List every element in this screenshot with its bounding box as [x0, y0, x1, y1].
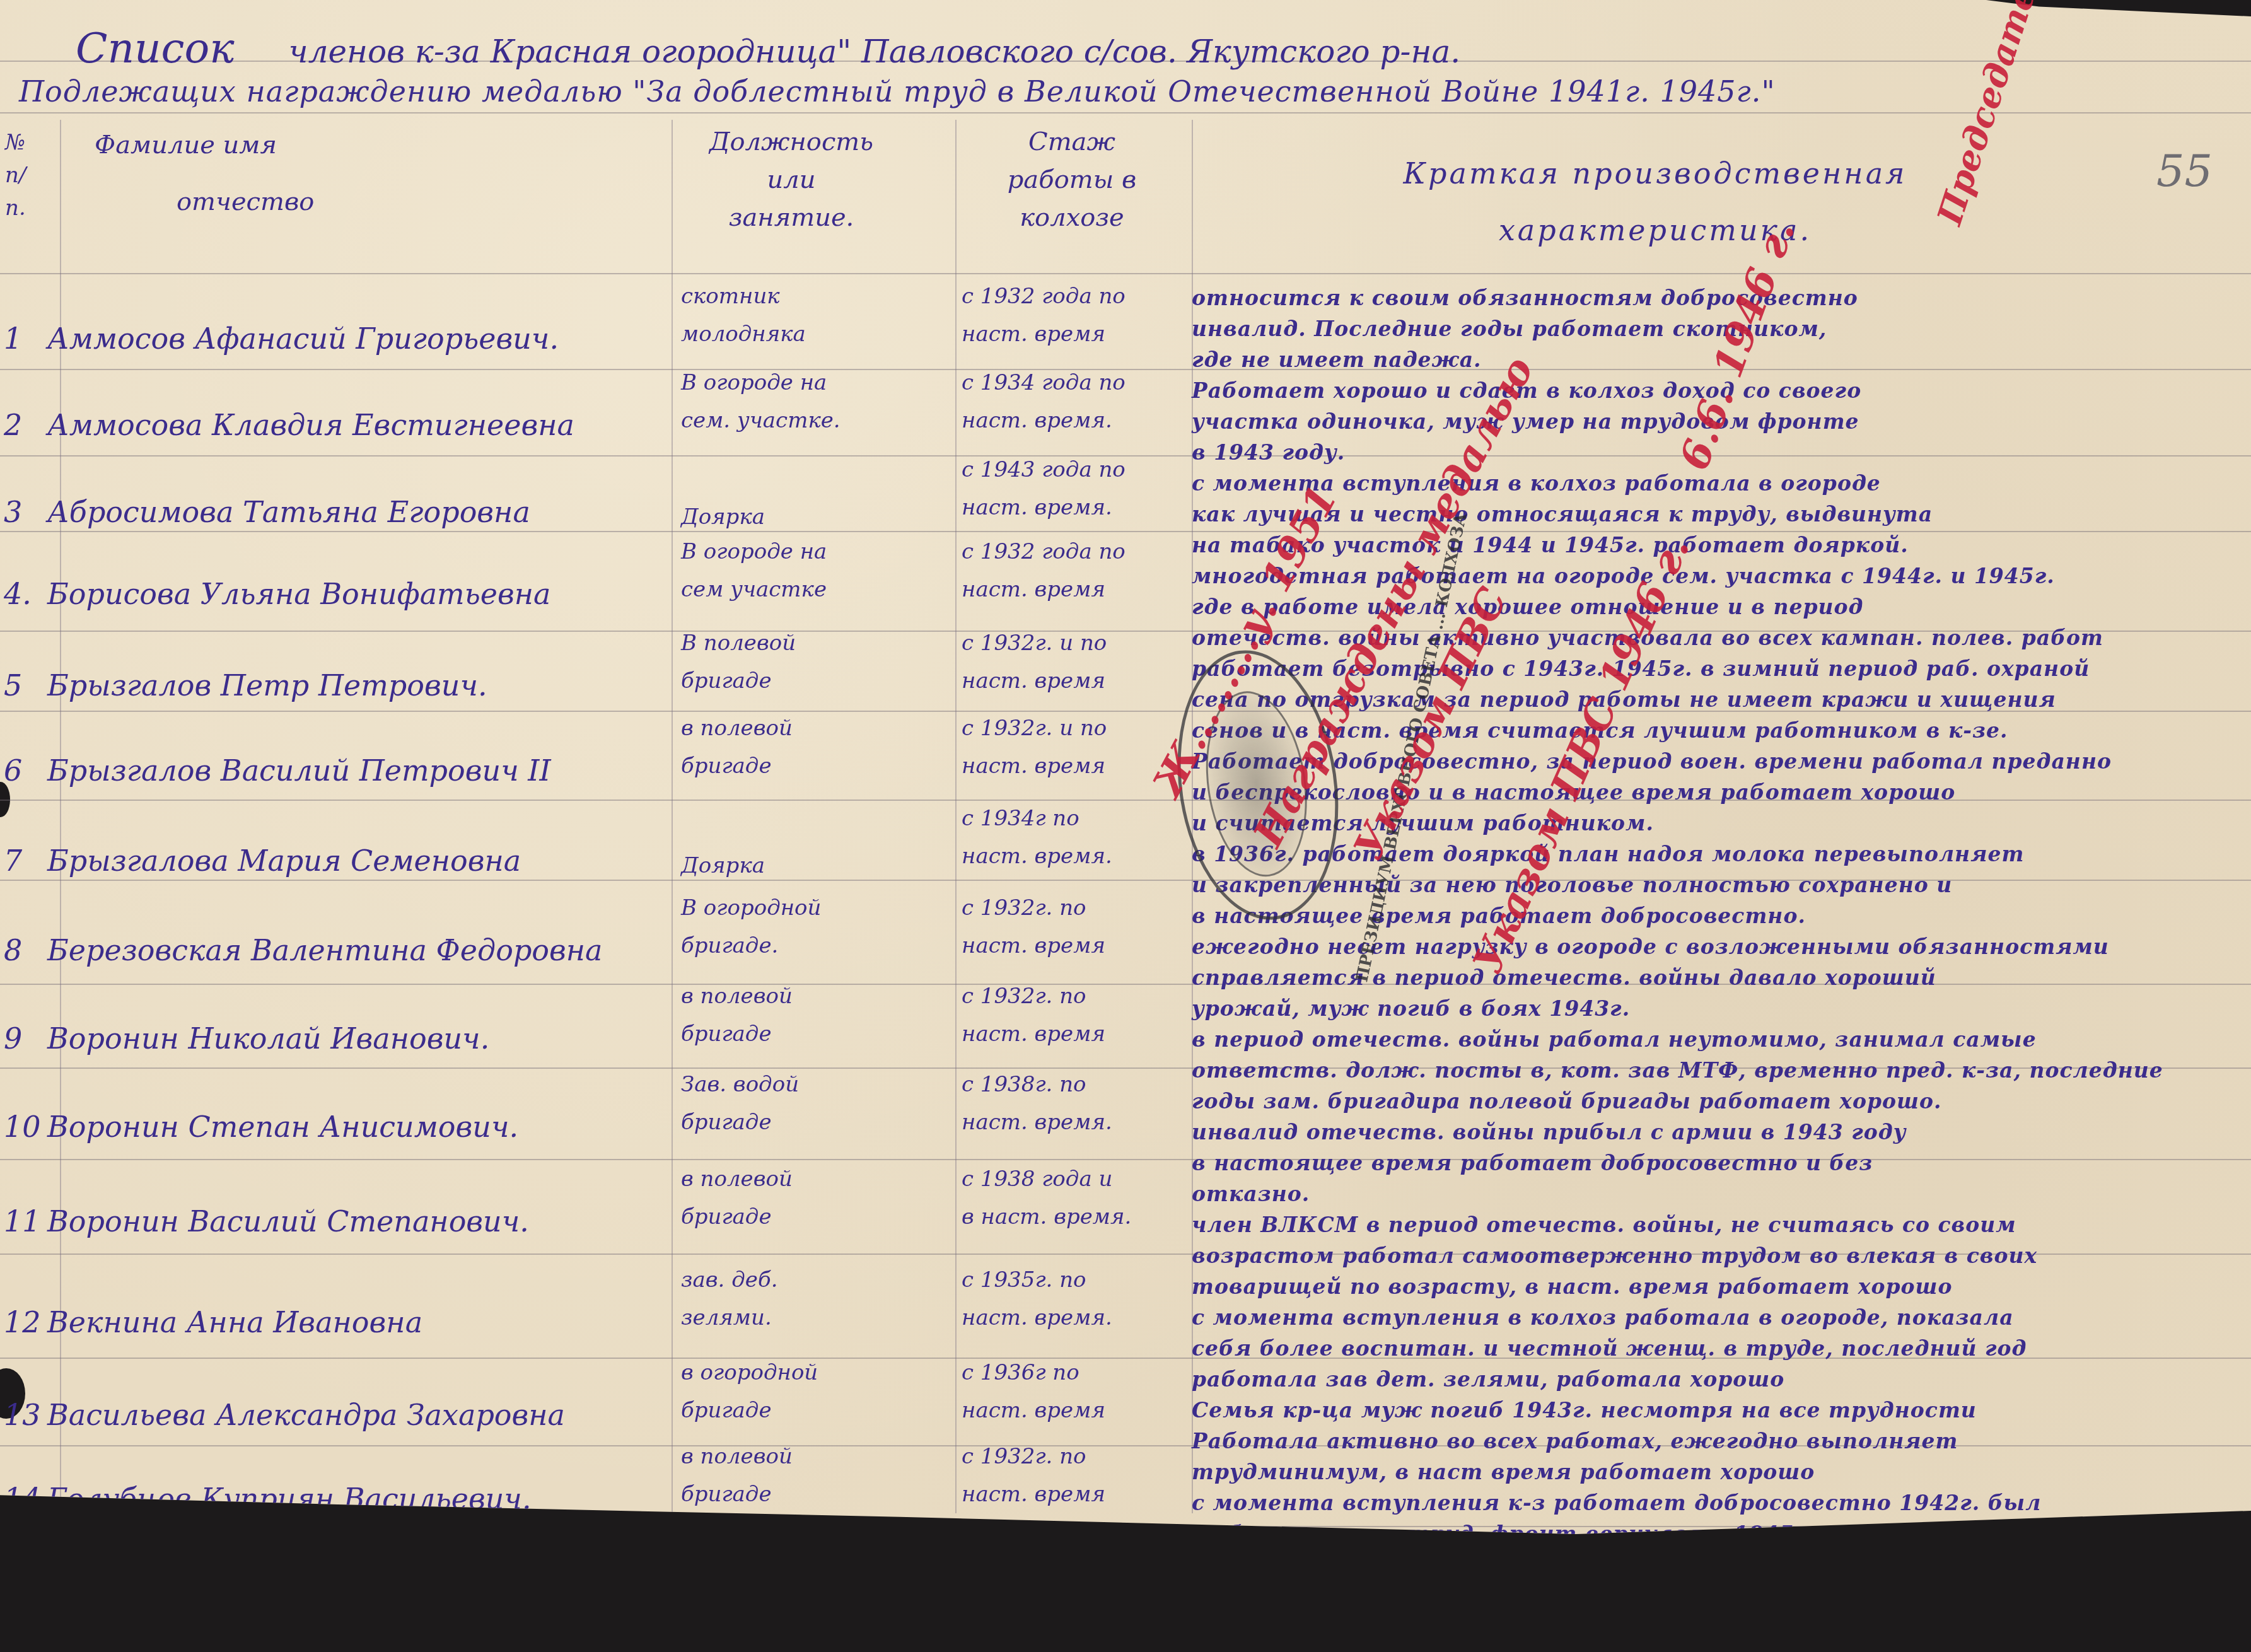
- header-name: Фамилие имя отчество: [95, 126, 631, 221]
- member-name: Борисова Ульяна Вонифатьевна: [47, 577, 550, 611]
- characteristic-line: с момента вступления в колхоз работала в…: [1192, 1302, 2238, 1333]
- position-line: бригаде: [681, 1198, 793, 1236]
- document-sheet: Список членов к-за Красная огородница" П…: [0, 0, 2251, 1557]
- member-name: Васильева Александра Захаровна: [47, 1398, 565, 1432]
- characteristic-line: Работает добросовестно, за период воен. …: [1192, 746, 2238, 777]
- member-position: зав. деб.зелями.: [681, 1261, 777, 1337]
- member-name: Воронин Степан Анисимович.: [47, 1110, 518, 1144]
- member-name: Брызгалов Василий Петрович II: [47, 753, 551, 788]
- header-name-line2: отчество: [95, 183, 631, 221]
- member-experience: с 1938г. понаст. время.: [962, 1066, 1112, 1141]
- row-number: 10: [4, 1110, 41, 1144]
- member-name: Брызгалова Мария Семеновна: [47, 844, 521, 878]
- characteristic-line: возрастом работал самоотверженно трудом …: [1192, 1240, 2238, 1271]
- position-line: Зав. водой: [681, 1066, 799, 1103]
- member-name: Воронин Василий Степанович.: [47, 1204, 529, 1238]
- position-line: В огороде на: [681, 364, 840, 402]
- member-position: В огороде насем участке: [681, 533, 827, 608]
- member-experience: с 1934г понаст. время.: [962, 800, 1112, 875]
- characteristic-line: отказно.: [1192, 1178, 2238, 1209]
- header-position-line1: Должность: [678, 123, 905, 161]
- row-number: 8: [4, 933, 22, 967]
- member-experience: с 1936г понаст. время: [962, 1354, 1105, 1429]
- experience-line: наст. время.: [962, 402, 1125, 439]
- position-line: бригаде: [681, 747, 793, 785]
- characteristic-line: многодетная работает на огороде сем. уча…: [1192, 561, 2238, 591]
- experience-line: с 1938 года и: [962, 1160, 1131, 1198]
- experience-line: наст. время: [962, 662, 1107, 700]
- characteristic-line: ответств. долж. посты в, кот. зав МТФ, в…: [1192, 1055, 2238, 1086]
- characteristic-line: относится к своим обязанностям добросове…: [1192, 282, 2238, 313]
- characteristic-line: в настоящее время работает добросовестно…: [1192, 1148, 2238, 1178]
- characteristic-line: и считается лучшим работником.: [1192, 808, 2238, 839]
- row-number: 6: [4, 753, 22, 788]
- page-mark: 55: [2156, 145, 2213, 197]
- experience-line: с 1932 года по: [962, 277, 1125, 315]
- characteristic-line: мобилизован на труд. фронт вернулся в 19…: [1192, 1518, 2238, 1549]
- row-number: 13: [4, 1398, 41, 1432]
- member-position: в полевойбригаде: [681, 709, 793, 785]
- position-line: молодняка: [681, 315, 806, 353]
- row-number: 14.: [4, 1482, 50, 1516]
- row-number: 3: [4, 495, 22, 529]
- member-experience: с 1932г. понаст. время: [962, 977, 1105, 1053]
- column-divider: [955, 120, 957, 1513]
- member-experience: с 1935г. понаст. время.: [962, 1261, 1112, 1337]
- characteristic-line: себя более воспитан. и честной женщ. в т…: [1192, 1333, 2238, 1364]
- characteristic-line: ежегодно несет нагрузку в огороде с возл…: [1192, 931, 2238, 962]
- header-experience: Стаж работы в колхозе: [958, 123, 1185, 236]
- member-position: В полевойбригаде: [681, 624, 796, 700]
- row-number: 4.: [4, 577, 32, 611]
- member-position: В огороде насем. участке.: [681, 364, 840, 439]
- experience-line: наст. время: [962, 1392, 1105, 1429]
- experience-line: в наст. время.: [962, 1198, 1131, 1236]
- member-position: Зав. водойбригаде: [681, 1066, 799, 1141]
- characteristic-line: инвалид отечеств. войны прибыл с армии в…: [1192, 1117, 2238, 1148]
- row-number: 12: [4, 1305, 41, 1339]
- member-experience: с 1932г. понаст. время: [962, 1438, 1105, 1513]
- position-line: в полевой: [681, 1160, 793, 1198]
- title-rest: членов к-за Красная огородница" Павловск…: [289, 33, 1461, 70]
- row-number: 1: [4, 322, 22, 356]
- experience-line: наст. время.: [962, 489, 1125, 526]
- position-line: бригаде.: [681, 927, 821, 965]
- experience-line: с 1932г. и по: [962, 709, 1107, 747]
- member-experience: с 1932 года понаст. время: [962, 533, 1125, 608]
- member-name: Воронин Николай Иванович.: [47, 1021, 489, 1056]
- document-title: Список членов к-за Красная огородница" П…: [76, 24, 1460, 73]
- position-line: В полевой: [681, 624, 796, 662]
- header-position-line2: или: [678, 161, 905, 199]
- position-line: в огородной: [681, 1354, 818, 1392]
- characteristic-line: трудминимум, в наст время работает хорош…: [1192, 1457, 2238, 1487]
- position-line: Доярка: [681, 847, 765, 885]
- row-number: 2: [4, 408, 22, 442]
- member-name: Брызгалов Петр Петрович.: [47, 668, 487, 702]
- position-line: в полевой: [681, 977, 793, 1015]
- characteristic-line: Работала активно во всех работах, ежегод…: [1192, 1426, 2238, 1457]
- ruled-line: [0, 1526, 2251, 1527]
- experience-line: наст. время.: [962, 837, 1112, 875]
- member-experience: с 1938 года ив наст. время.: [962, 1160, 1131, 1236]
- position-line: бригаде: [681, 1103, 799, 1141]
- header-experience-line3: колхозе: [958, 199, 1185, 236]
- header-experience-line2: работы в: [958, 161, 1185, 199]
- position-line: скотник: [681, 277, 806, 315]
- member-experience: с 1932г. и понаст. время: [962, 709, 1107, 785]
- experience-line: с 1932г. и по: [962, 624, 1107, 662]
- member-name: Аммосов Афанасий Григорьевич.: [47, 322, 559, 356]
- position-line: бригаде: [681, 1015, 793, 1053]
- ruled-line: [0, 112, 2251, 113]
- column-divider: [672, 120, 673, 1513]
- experience-line: наст. время: [962, 927, 1105, 965]
- member-position: Доярка: [681, 498, 765, 536]
- characteristic-line: на табако участок и 1944 и 1945г. работа…: [1192, 530, 2238, 561]
- characteristic-line: работала зав дет. зелями, работала хорош…: [1192, 1364, 2238, 1395]
- member-name: Голубцов Куприян Васильевич.: [47, 1482, 532, 1516]
- position-line: В огороде на: [681, 533, 827, 571]
- member-position: В огороднойбригаде.: [681, 889, 821, 965]
- position-line: в полевой: [681, 709, 793, 747]
- header-position: Должность или занятие.: [678, 123, 905, 236]
- member-experience: с 1943 года понаст. время.: [962, 451, 1125, 526]
- header-position-line3: занятие.: [678, 199, 905, 236]
- characteristic-line: Семья кр-ца муж погиб 1943г. несмотря на…: [1192, 1395, 2238, 1426]
- experience-line: с 1936г по: [962, 1354, 1105, 1392]
- row-number: 11: [4, 1204, 41, 1238]
- characteristic-line: и закрепленный за нею поголовье полность…: [1192, 870, 2238, 900]
- experience-line: с 1932г. по: [962, 889, 1105, 927]
- member-position: в полевойбригаде: [681, 1438, 793, 1513]
- experience-line: с 1934 года по: [962, 364, 1125, 402]
- experience-line: наст. время: [962, 571, 1125, 608]
- row-number: 5: [4, 668, 22, 702]
- experience-line: наст. время: [962, 1475, 1105, 1513]
- characteristic-line: где в работе имела хорошее отношение и в…: [1192, 591, 2238, 622]
- header-name-line1: Фамилие имя: [95, 131, 277, 160]
- experience-line: наст. время: [962, 315, 1125, 353]
- experience-line: наст. время.: [962, 1299, 1112, 1337]
- ruled-line: [0, 273, 2251, 274]
- characteristic-line: в период отечеств. войны работал неутоми…: [1192, 1024, 2238, 1055]
- position-line: зав. деб.: [681, 1261, 777, 1299]
- position-line: Доярка: [681, 498, 765, 536]
- position-line: бригаде: [681, 662, 796, 700]
- position-line: сем. участке.: [681, 402, 840, 439]
- title-word: Список: [76, 24, 235, 73]
- characteristics-text: относится к своим обязанностям добросове…: [1192, 282, 2238, 1580]
- experience-line: с 1938г. по: [962, 1066, 1112, 1103]
- member-experience: с 1934 года понаст. время.: [962, 364, 1125, 439]
- characteristic-line: годы зам. бригадира полевой бригады рабо…: [1192, 1086, 2238, 1117]
- row-number: 7: [4, 844, 22, 878]
- experience-line: с 1934г по: [962, 800, 1112, 837]
- member-experience: с 1932 года понаст. время: [962, 277, 1125, 353]
- member-name: Аммосова Клавдия Евстигнеевна: [47, 408, 574, 442]
- experience-line: с 1935г. по: [962, 1261, 1112, 1299]
- header-characteristic-line2: характеристика.: [1198, 202, 2112, 259]
- experience-line: с 1932г. по: [962, 977, 1105, 1015]
- characteristic-line: с момента вступления к-з работает доброс…: [1192, 1487, 2238, 1518]
- member-name: Березовская Валентина Федоровна: [47, 933, 603, 967]
- member-experience: с 1932г. понаст. время: [962, 889, 1105, 965]
- characteristic-line: работает хорошо считается лучшим работни…: [1192, 1549, 2238, 1580]
- position-line: бригаде: [681, 1392, 818, 1429]
- characteristic-line: в настоящее время работает добросовестно…: [1192, 900, 2238, 931]
- experience-line: с 1932 года по: [962, 533, 1125, 571]
- member-position: в огороднойбригаде: [681, 1354, 818, 1429]
- member-name: Абросимова Татьяна Егоровна: [47, 495, 530, 529]
- experience-line: наст. время: [962, 747, 1107, 785]
- header-number: № п/п.: [5, 126, 43, 224]
- member-name: Векнина Анна Ивановна: [47, 1305, 422, 1339]
- position-line: зелями.: [681, 1299, 777, 1337]
- member-position: в полевойбригаде: [681, 977, 793, 1053]
- position-line: В огородной: [681, 889, 821, 927]
- characteristic-line: как лучшая и честно относящаяся к труду,…: [1192, 499, 2238, 530]
- member-experience: с 1932г. и понаст. время: [962, 624, 1107, 700]
- experience-line: наст. время: [962, 1015, 1105, 1053]
- document-subtitle: Подлежащих награждению медалью "За добле…: [19, 74, 1776, 108]
- member-position: скотникмолодняка: [681, 277, 806, 353]
- header-experience-line1: Стаж: [958, 123, 1185, 161]
- characteristic-line: справляется в период отечеств. войны дав…: [1192, 962, 2238, 993]
- position-line: бригаде: [681, 1475, 793, 1513]
- experience-line: с 1943 года по: [962, 451, 1125, 489]
- experience-line: с 1932г. по: [962, 1438, 1105, 1475]
- member-position: в полевойбригаде: [681, 1160, 793, 1236]
- experience-line: наст. время.: [962, 1103, 1112, 1141]
- characteristic-line: урожай, муж погиб в боях 1943г.: [1192, 993, 2238, 1024]
- position-line: сем участке: [681, 571, 827, 608]
- row-number: 9: [4, 1021, 22, 1056]
- member-position: Доярка: [681, 847, 765, 885]
- position-line: в полевой: [681, 1438, 793, 1475]
- characteristic-line: и беспрекословно и в настоящее время раб…: [1192, 777, 2238, 808]
- characteristic-line: член ВЛКСМ в период отечеств. войны, не …: [1192, 1209, 2238, 1240]
- characteristic-line: товарищей по возрасту, в наст. время раб…: [1192, 1271, 2238, 1302]
